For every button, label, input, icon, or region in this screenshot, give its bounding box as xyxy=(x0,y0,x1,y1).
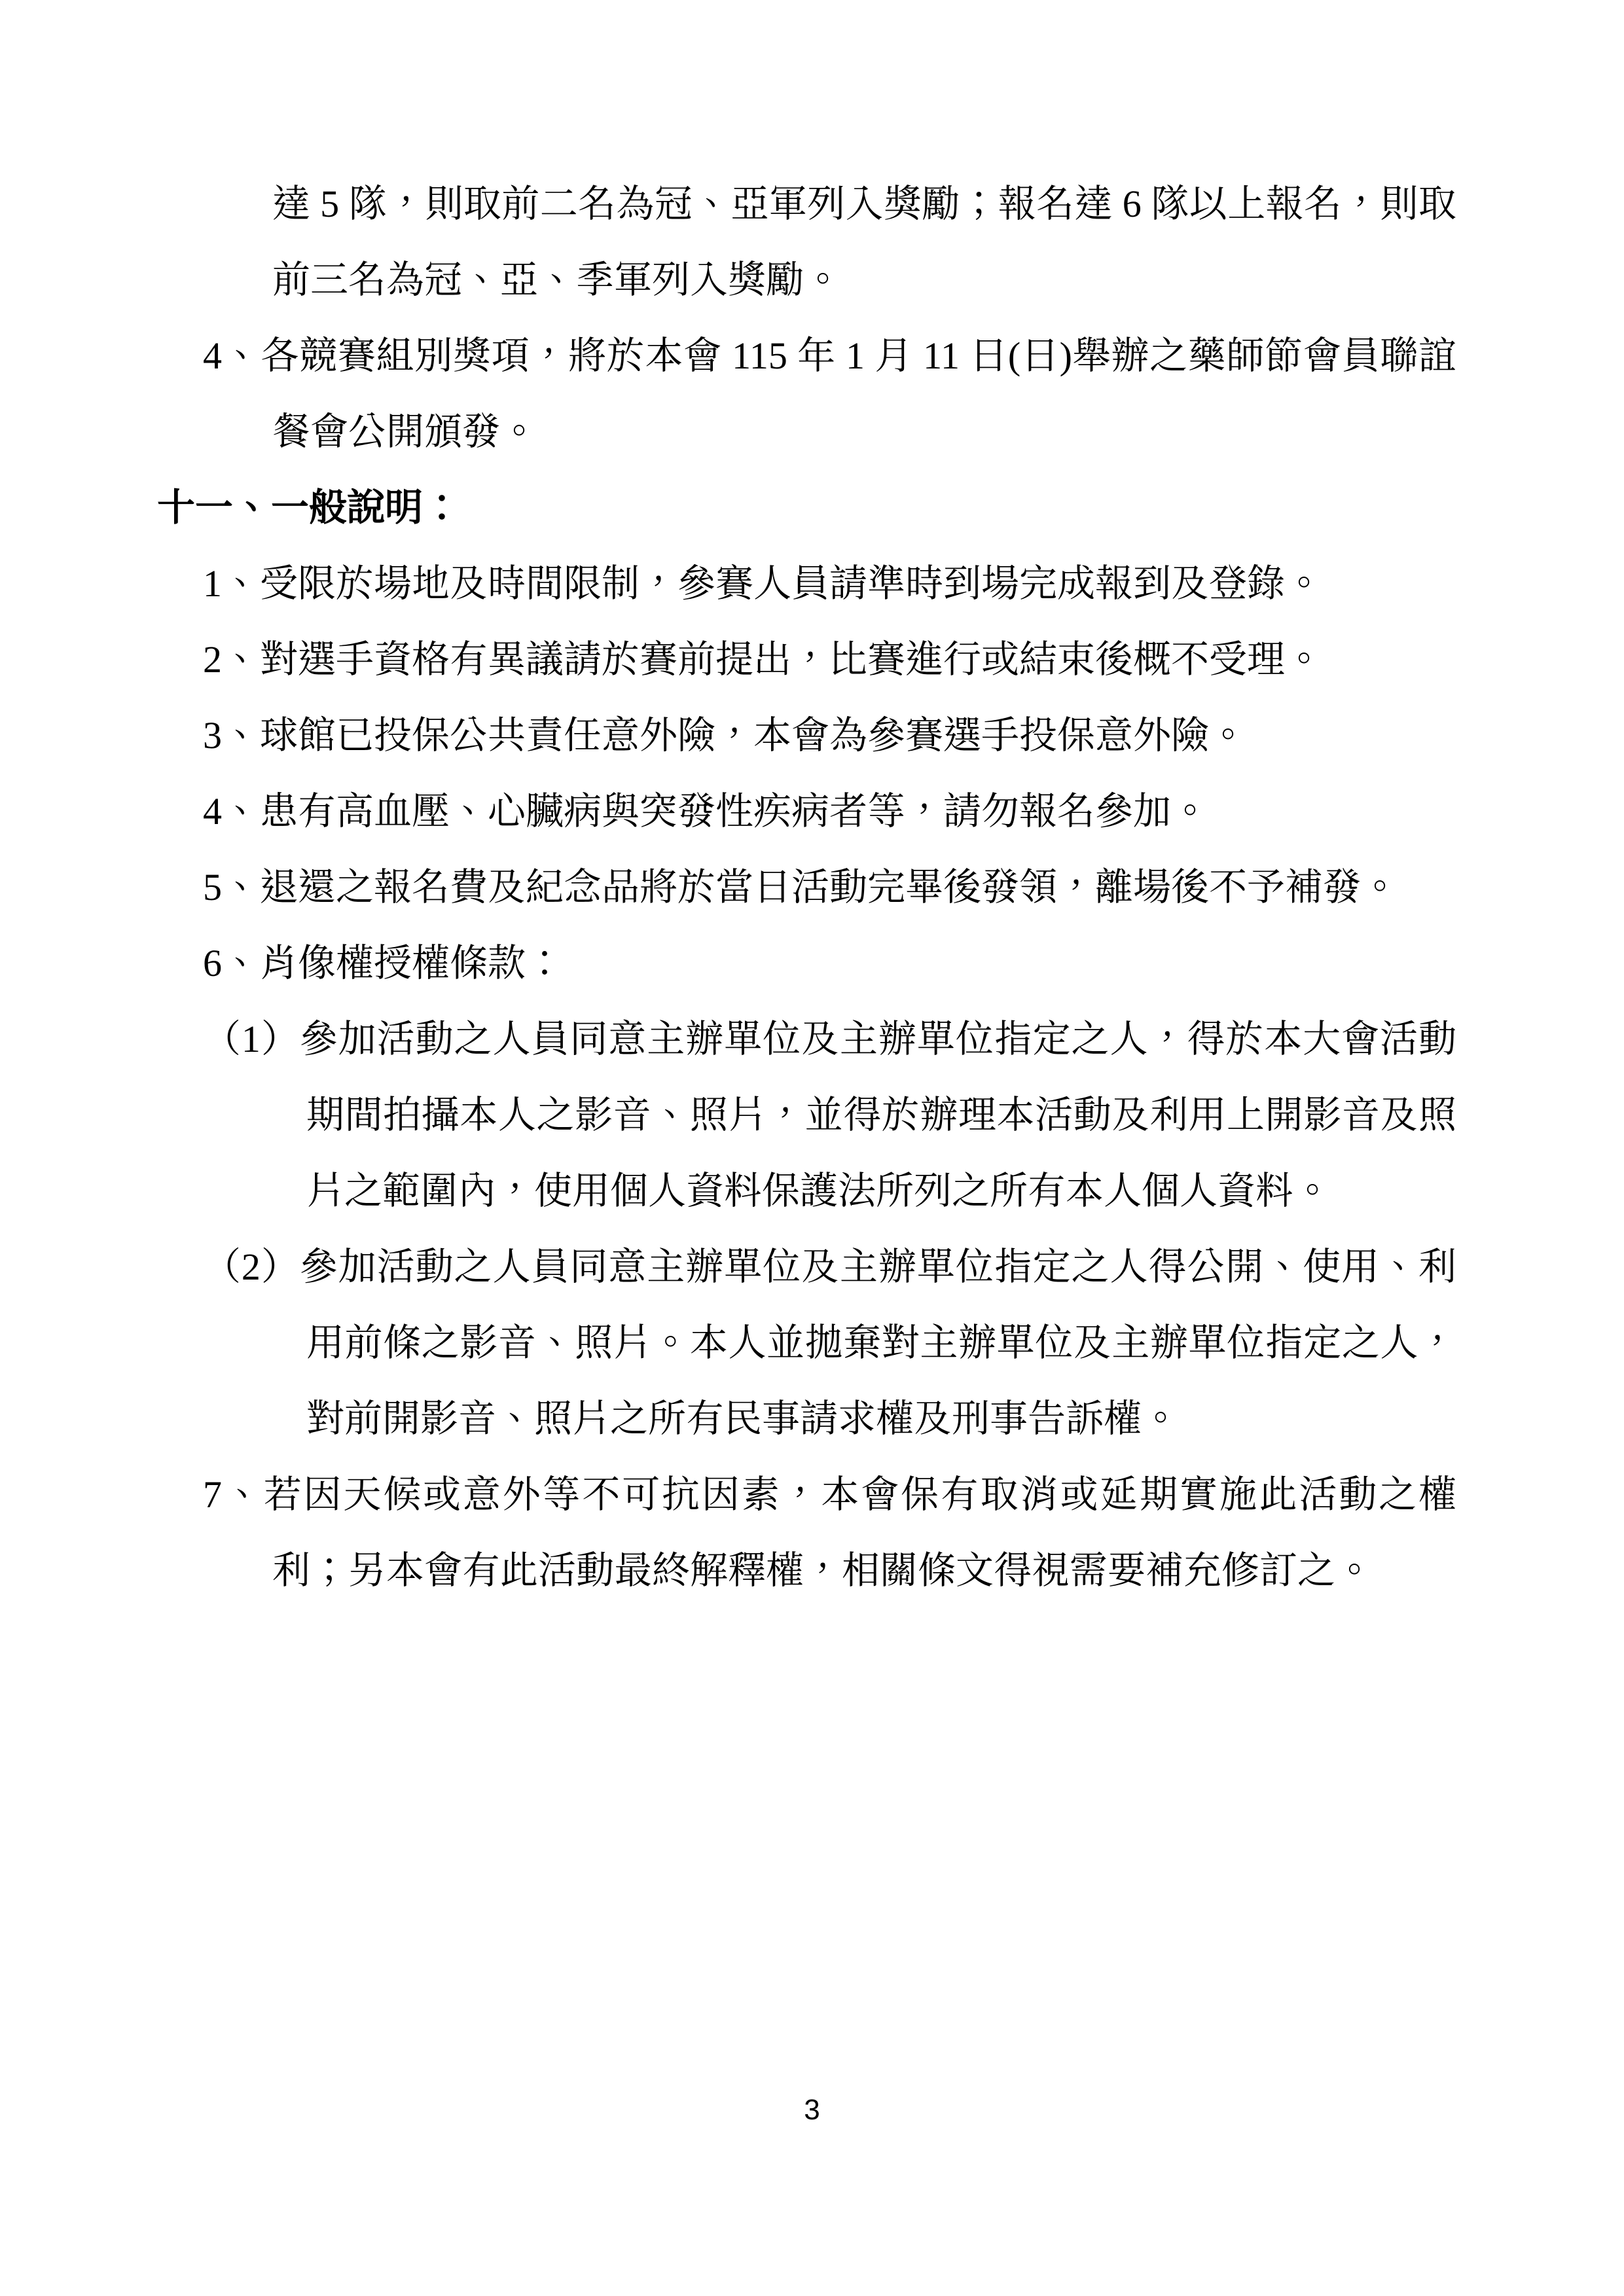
text-line: 片之範圍內，使用個人資料保護法所列之所有本人個人資料。 xyxy=(157,1153,1456,1229)
text-line: 餐會公開頒發。 xyxy=(157,394,1456,470)
text-line: 2、對選手資格有異議請於賽前提出，比賽進行或結束後概不受理。 xyxy=(157,622,1456,698)
text-line: 達 5 隊，則取前二名為冠、亞軍列入獎勵；報名達 6 隊以上報名，則取 xyxy=(157,166,1456,242)
text-line: 3、球館已投保公共責任意外險，本會為參賽選手投保意外險。 xyxy=(157,698,1456,774)
text-line: 利；另本會有此活動最終解釋權，相關條文得視需要補充修訂之。 xyxy=(157,1533,1456,1609)
text-line: 對前開影音、照片之所有民事請求權及刑事告訴權。 xyxy=(157,1381,1456,1457)
document-page: 達 5 隊，則取前二名為冠、亞軍列入獎勵；報名達 6 隊以上報名，則取 前三名為… xyxy=(0,0,1624,2296)
section-heading: 十一、一般說明： xyxy=(157,470,1456,546)
text-line: 用前條之影音、照片。本人並拋棄對主辦單位及主辦單位指定之人， xyxy=(157,1305,1456,1381)
page-number: 3 xyxy=(0,2094,1624,2126)
text-line: 7、若因天候或意外等不可抗因素，本會保有取消或延期實施此活動之權 xyxy=(157,1457,1456,1533)
text-line: 期間拍攝本人之影音、照片，並得於辦理本活動及利用上開影音及照 xyxy=(157,1077,1456,1153)
text-line: （2）參加活動之人員同意主辦單位及主辦單位指定之人得公開、使用、利 xyxy=(157,1229,1456,1305)
text-line: 4、各競賽組別獎項，將於本會 115 年 1 月 11 日(日)舉辦之藥師節會員… xyxy=(157,318,1456,394)
text-line: （1）參加活動之人員同意主辦單位及主辦單位指定之人，得於本大會活動 xyxy=(157,1001,1456,1077)
text-line: 5、退還之報名費及紀念品將於當日活動完畢後發領，離場後不予補發。 xyxy=(157,850,1456,925)
text-line: 4、患有高血壓、心臟病與突發性疾病者等，請勿報名參加。 xyxy=(157,774,1456,850)
document-body: 達 5 隊，則取前二名為冠、亞軍列入獎勵；報名達 6 隊以上報名，則取 前三名為… xyxy=(157,166,1456,1609)
text-line: 1、受限於場地及時間限制，參賽人員請準時到場完成報到及登錄。 xyxy=(157,546,1456,622)
text-line: 前三名為冠、亞、季軍列入獎勵。 xyxy=(157,242,1456,318)
text-line: 6、肖像權授權條款： xyxy=(157,925,1456,1001)
